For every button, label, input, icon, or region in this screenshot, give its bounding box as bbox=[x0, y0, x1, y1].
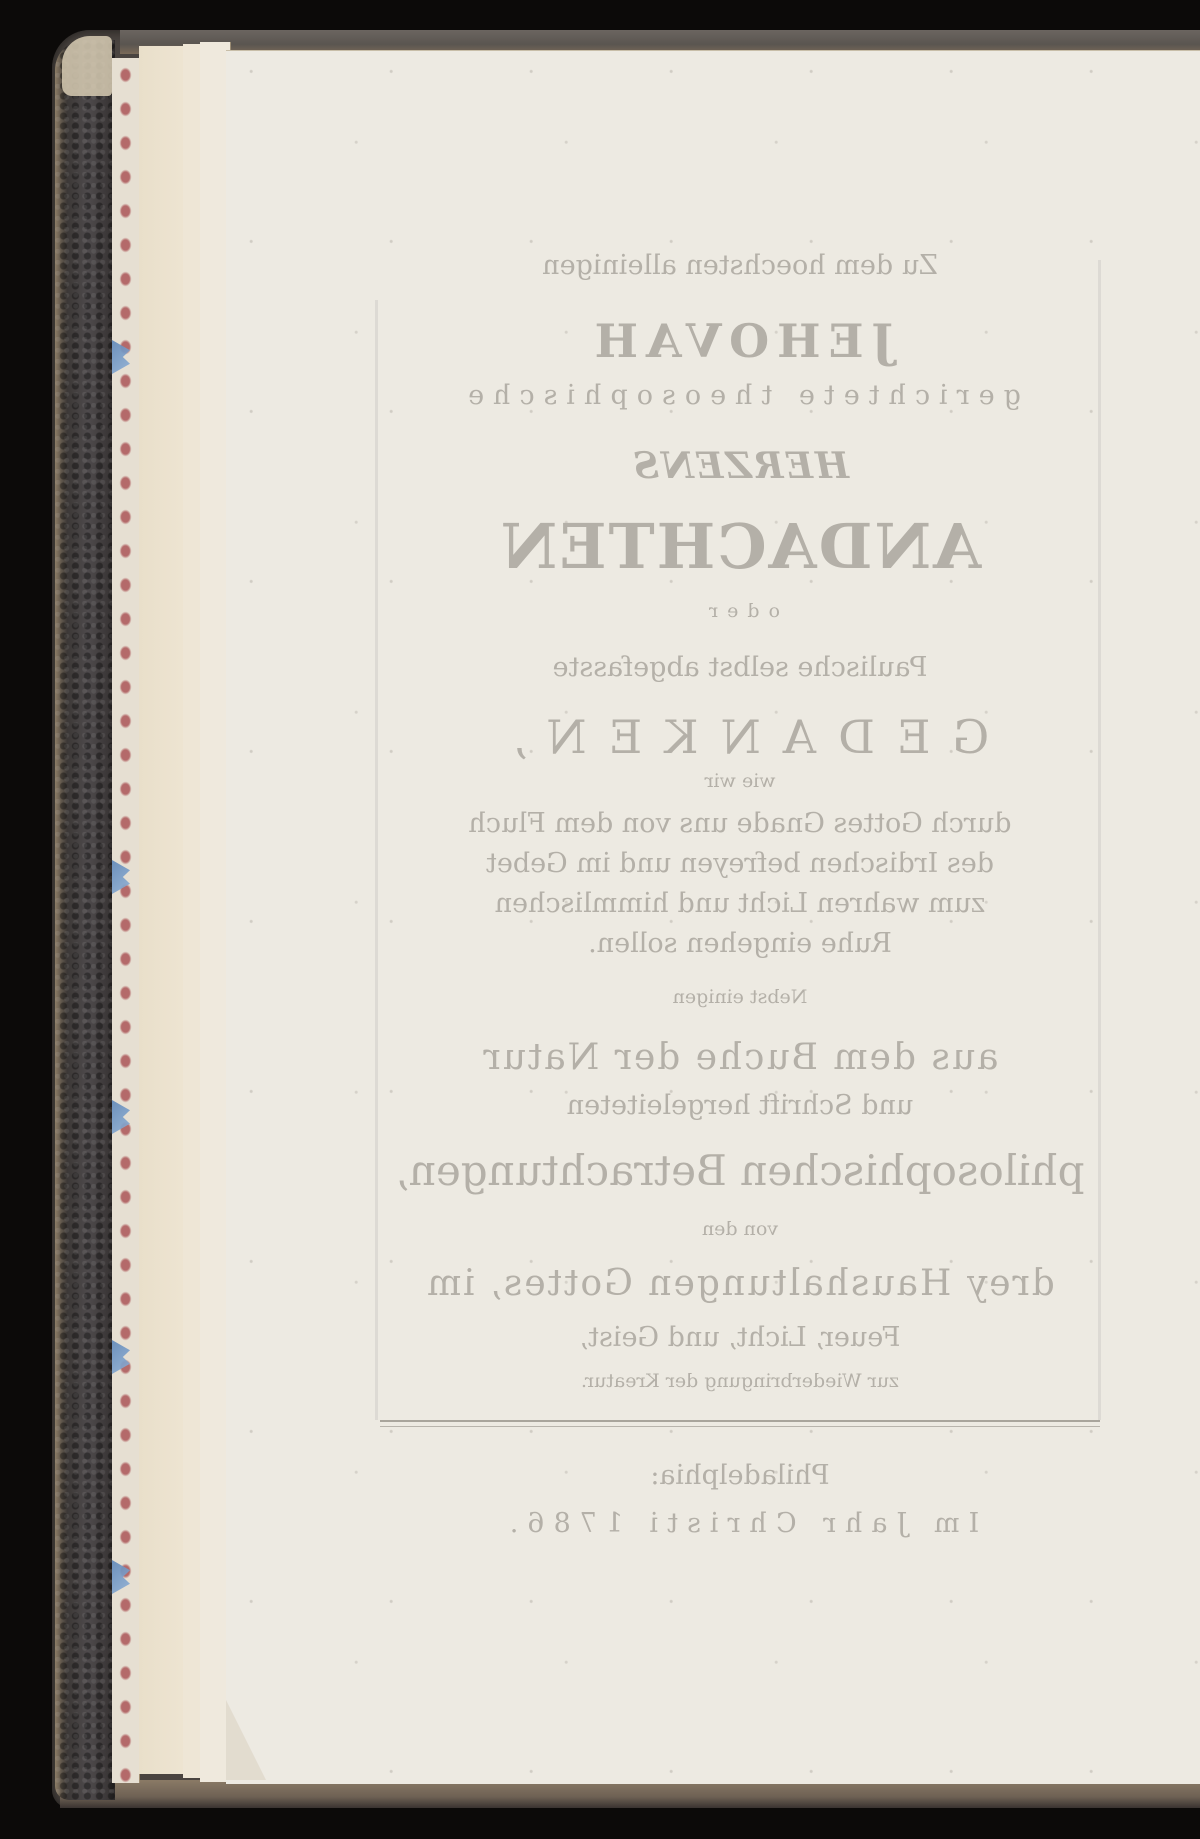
title-line: zum wahren Licht und himmlischen bbox=[380, 890, 1100, 917]
page-corner-fold bbox=[226, 1700, 266, 1780]
title-line: Ruhe eingehen sollen. bbox=[380, 930, 1100, 957]
imprint-date: Im Jahr Christi 1786. bbox=[380, 1510, 1100, 1537]
title-line: von den bbox=[380, 1220, 1100, 1239]
title-line-gedanken: GEDANKEN, bbox=[380, 714, 1100, 760]
title-line: zur Wiederbringung der Kreatur. bbox=[380, 1372, 1100, 1391]
title-rule bbox=[380, 1420, 1100, 1427]
imprint-place: Philadelphia: bbox=[380, 1462, 1100, 1489]
title-line: und Schrift hergeleiteten bbox=[380, 1092, 1100, 1119]
title-line-andachten: ANDACHTEN bbox=[380, 516, 1100, 578]
title-line-jehovah: JEHOVAH bbox=[380, 318, 1100, 364]
mirrored-title-page-bleed-through: Zu dem hoechsten alleinigen JEHOVAH geri… bbox=[380, 230, 1100, 1580]
title-line: Nebst einigen bbox=[380, 988, 1100, 1007]
bleed-frame-left bbox=[375, 300, 378, 1420]
title-line: wie wir bbox=[380, 772, 1100, 791]
title-line: durch Gottes Gnade uns von dem Fluch bbox=[380, 810, 1100, 837]
title-line: oder bbox=[380, 602, 1100, 621]
title-line: Zu dem hoechsten alleinigen bbox=[380, 252, 1100, 279]
worn-spine-corner bbox=[62, 36, 112, 96]
title-line: gerichtete theosophische bbox=[380, 382, 1100, 409]
leather-spine bbox=[55, 40, 115, 1800]
title-line-herzens: HERZENS bbox=[380, 448, 1100, 484]
title-line: drey Haushaltungen Gottes, im bbox=[380, 1266, 1100, 1302]
marbled-endpaper bbox=[112, 58, 140, 1783]
title-line: des Irdischen befreyen und im Gebet bbox=[380, 850, 1100, 877]
title-line: aus dem Buche der Natur bbox=[380, 1040, 1100, 1076]
title-line: Feuer, Licht, und Geist, bbox=[380, 1324, 1100, 1351]
title-line: Paulische selbst abgefasste bbox=[380, 654, 1100, 681]
cover-bottom-edge bbox=[60, 1780, 1200, 1808]
title-line: philosophischen Betrachtungen, bbox=[380, 1150, 1100, 1192]
